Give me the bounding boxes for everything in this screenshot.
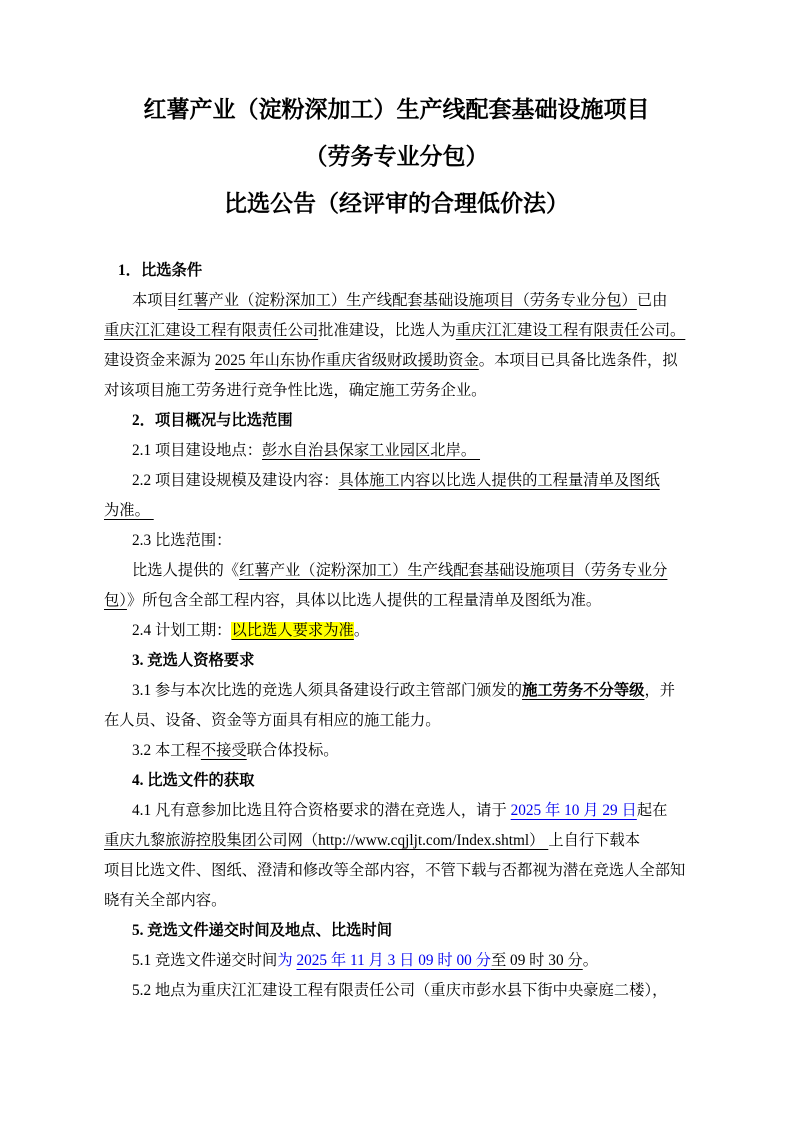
item-2-4: 2.4 计划工期：以比选人要求为准。 bbox=[104, 616, 696, 646]
text-run: 2.4 计划工期： bbox=[132, 622, 231, 639]
text-run: 4. 比选文件的获取 bbox=[132, 772, 254, 789]
construction-site: 彭水自治县保家工业园区北岸。 bbox=[262, 442, 480, 459]
text-run: 2.2 项目建设规模及建设内容： bbox=[132, 472, 339, 489]
text-run: 3.2 本工程 bbox=[132, 742, 201, 759]
item-4-1: 4.1 凡有意参加比选且符合资格要求的潜在竞选人，请于 2025 年 10 月 … bbox=[104, 796, 696, 916]
text-run: 对该项目施工劳务进行竞争性比选，确定施工劳务企业。 bbox=[104, 382, 486, 399]
item-2-1: 2.1 项目建设地点：彭水自治县保家工业园区北岸。 bbox=[104, 436, 696, 466]
item-5-2: 5.2 地点为重庆江汇建设工程有限责任公司（重庆市彭水县下街中央豪庭二楼）， bbox=[104, 976, 696, 1006]
construction-scope: 具体施工内容以比选人提供的工程量清单及图纸 bbox=[339, 472, 660, 489]
text-run: 在人员、设备、资金等方面具有相应的施工能力。 bbox=[104, 712, 441, 729]
text-run: 1．比选条件 bbox=[118, 262, 202, 279]
text-run: ，并 bbox=[644, 682, 675, 699]
text-run: 》所包含全部工程内容，具体以比选人提供的工程量清单及图纸为准。 bbox=[127, 592, 601, 609]
text-run: 项目比选文件、图纸、澄清和修改等全部内容，不管下载与否都视为潜在竞选人全部知 bbox=[104, 862, 685, 879]
item-2-3-body: 比选人提供的《红薯产业（淀粉深加工）生产线配套基础设施项目（劳务专业分包）》所包… bbox=[104, 556, 696, 616]
text-run: 5. 竞选文件递交时间及地点、比选时间 bbox=[132, 922, 392, 939]
funding-source: 2025 年山东协作重庆省级财政援助资金 bbox=[215, 352, 479, 369]
section-3-heading: 3. 竞选人资格要求 bbox=[104, 646, 696, 676]
approving-company: 重庆江汇建设工程有限责任公司 bbox=[104, 322, 318, 339]
section-4-heading: 4. 比选文件的获取 bbox=[104, 766, 696, 796]
text-run: 。本项目已具备比选条件，拟 bbox=[479, 352, 678, 369]
text-run: 5.1 竞选文件递交时间 bbox=[132, 952, 277, 969]
planned-duration-highlight: 以比选人要求为准 bbox=[231, 622, 353, 639]
submission-location: 5.2 地点为重庆江汇建设工程有限责任公司（重庆市彭水县下街中央豪庭二楼）， bbox=[132, 982, 667, 999]
text-run: 包） bbox=[104, 592, 127, 609]
text-run: 已由 bbox=[637, 292, 668, 309]
no-consortium: 不接受 bbox=[201, 742, 247, 759]
section-2-heading: 2．项目概况与比选范围 bbox=[104, 406, 696, 436]
text-run: 本项目 bbox=[132, 292, 178, 309]
text-run: 。 bbox=[354, 622, 369, 639]
submission-end-time: 至 09 时 30 分 bbox=[491, 952, 583, 969]
item-2-2: 2.2 项目建设规模及建设内容：具体施工内容以比选人提供的工程量清单及图纸为准。 bbox=[104, 466, 696, 526]
text-run: 2．项目概况与比选范围 bbox=[132, 412, 293, 429]
item-5-1: 5.1 竞选文件递交时间为 2025 年 11 月 3 日 09 时 00 分至… bbox=[104, 946, 696, 976]
title-line-3: 比选公告（经评审的合理低价法） bbox=[0, 180, 793, 227]
text-run: 建设资金来源为 bbox=[104, 352, 215, 369]
document-title: 红薯产业（淀粉深加工）生产线配套基础设施项目 （劳务专业分包） 比选公告（经评审… bbox=[0, 86, 793, 227]
qualification-grade: 施工劳务不分等级 bbox=[522, 682, 644, 699]
submission-start-time: 2025 年 11 月 3 日 09 时 00 分 bbox=[296, 952, 490, 969]
text-run: 上自行下载本 bbox=[548, 832, 640, 849]
download-start-date: 2025 年 10 月 29 日 bbox=[511, 802, 637, 819]
text-run: 2.3 比选范围： bbox=[132, 532, 231, 549]
document-body: 1．比选条件本项目红薯产业（淀粉深加工）生产线配套基础设施项目（劳务专业分包）已… bbox=[104, 256, 696, 1006]
text-run: 。 bbox=[583, 952, 598, 969]
text-run: 为 bbox=[277, 952, 292, 969]
section-1-heading: 1．比选条件 bbox=[104, 256, 696, 286]
text-run: 2.1 项目建设地点： bbox=[132, 442, 262, 459]
website-url: 重庆九黎旅游控股集团公司网（http://www.cqjljt.com/Inde… bbox=[104, 832, 548, 849]
title-line-2: （劳务专业分包） bbox=[0, 133, 793, 180]
text-run: 比选人提供的《 bbox=[132, 562, 239, 579]
text-run: 为准。 bbox=[104, 502, 154, 519]
text-run: 起在 bbox=[637, 802, 668, 819]
text-run: 3.1 参与本次比选的竞选人须具备建设行政主管部门颁发的 bbox=[132, 682, 522, 699]
item-3-2: 3.2 本工程不接受联合体投标。 bbox=[104, 736, 696, 766]
text-run: 3. 竞选人资格要求 bbox=[132, 652, 254, 669]
item-3-1: 3.1 参与本次比选的竞选人须具备建设行政主管部门颁发的施工劳务不分等级，并在人… bbox=[104, 676, 696, 736]
section-5-heading: 5. 竞选文件递交时间及地点、比选时间 bbox=[104, 916, 696, 946]
project-name-in-scope: 红薯产业（淀粉深加工）生产线配套基础设施项目（劳务专业分 bbox=[239, 562, 667, 579]
text-run: 批准建设，比选人为 bbox=[318, 322, 456, 339]
section-1-paragraph: 本项目红薯产业（淀粉深加工）生产线配套基础设施项目（劳务专业分包）已由重庆江汇建… bbox=[104, 286, 696, 406]
text-run: 联合体投标。 bbox=[247, 742, 339, 759]
selecting-company: 重庆江汇建设工程有限责任公司。 bbox=[456, 322, 685, 339]
title-line-1: 红薯产业（淀粉深加工）生产线配套基础设施项目 bbox=[0, 86, 793, 133]
project-name: 红薯产业（淀粉深加工）生产线配套基础设施项目（劳务专业分包） bbox=[178, 292, 637, 309]
document-page: 红薯产业（淀粉深加工）生产线配套基础设施项目 （劳务专业分包） 比选公告（经评审… bbox=[0, 0, 793, 1122]
item-2-3: 2.3 比选范围： bbox=[104, 526, 696, 556]
text-run: 4.1 凡有意参加比选且符合资格要求的潜在竞选人，请于 bbox=[132, 802, 511, 819]
text-run: 晓有关全部内容。 bbox=[104, 892, 226, 909]
